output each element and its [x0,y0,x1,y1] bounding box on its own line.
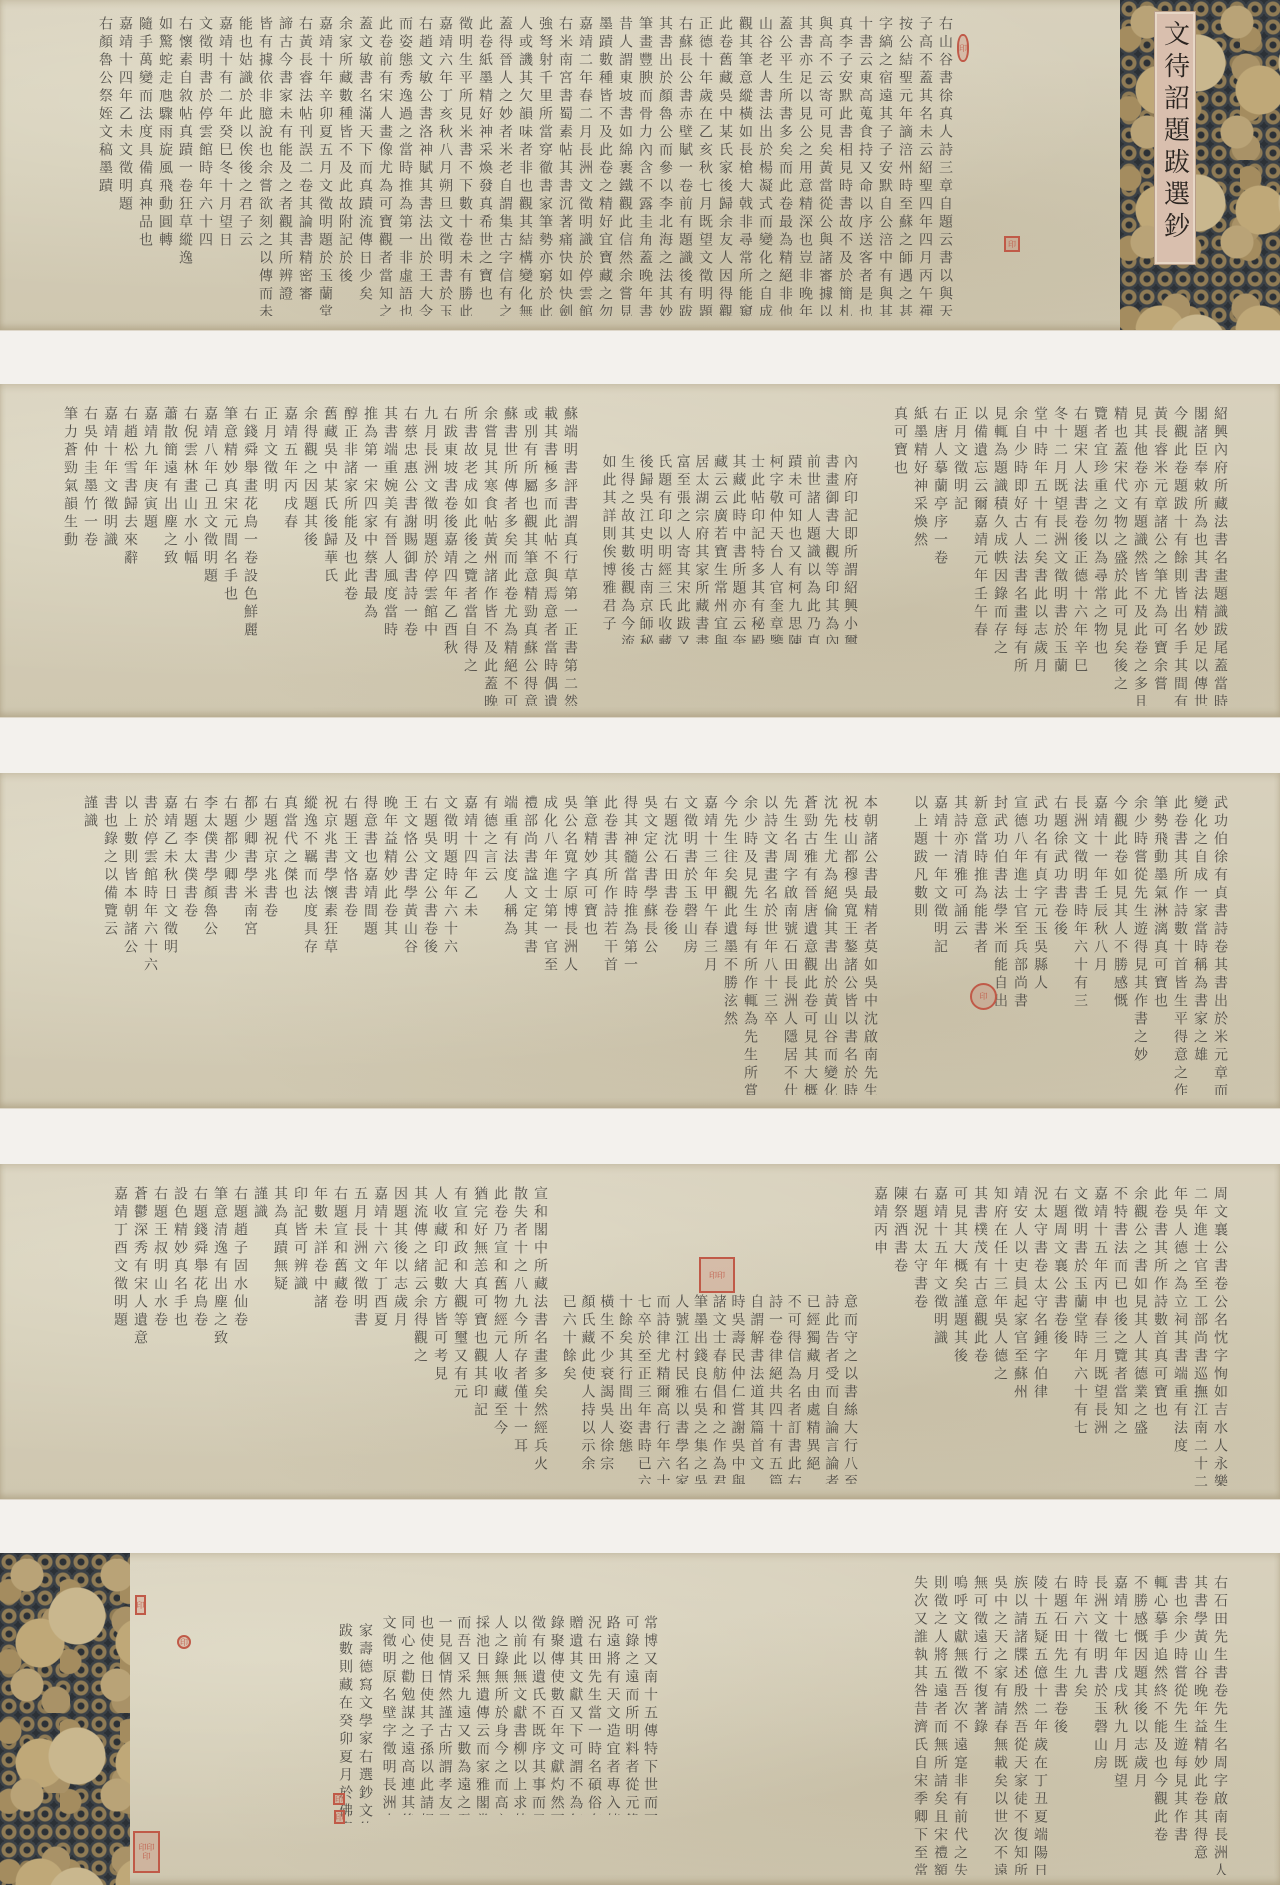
brocade-mounting [0,1553,130,1885]
text-column: 舊藏吳中某氏後歸華氏 [320,406,340,706]
text-column: 不特書法而已也後之覽者當知之 [1110,1186,1130,1486]
text-column: 贈遺其文獻又下可謂不為無常德請 [567,1615,586,1815]
calligraphy-text-block: 武功伯徐有貞書詩卷其書出於米元章而變化之自成一家當時稱為書家之雄此卷書其所作詩數… [900,795,1230,1095]
text-column: 嘉靖十一年壬辰秋八月 [1090,795,1110,1095]
text-column: 宣和閣中所藏法書名畫多矣然經兵火 [530,1186,550,1486]
text-column: 子高不蓋其名未云紹聖四年四月丙午禪月樓中書 [915,16,935,316]
text-column: 紹興內府所藏法書名畫題識跋尾蓋當時館 [1210,406,1230,706]
text-column: 散失者十之八九今所存者僅十一耳 [510,1186,530,1486]
text-column: 嘉靖十年辛卯夏五月文徵明題於玉蘭堂 [315,16,335,316]
text-column: 已六十餘矣 [560,1294,579,1484]
text-column: 如驚蛇走虺驟雨旋風飛動圓轉 [155,16,175,316]
text-column: 嘉靖十七年戊戌秋九月既望 [1110,1575,1130,1875]
text-column: 知府在任十三年吳人德之 [990,1186,1010,1486]
text-column: 路遠將有天文造宜者專入情無梗前 [604,1615,623,1815]
text-column: 七卒於至正三年書時已六 [635,1294,654,1484]
scroll-section-5: 右石田先生書卷先生名周字啟南長洲人其書學黃山谷晚年益精妙此卷其得意書也余少時嘗從… [0,1553,1280,1885]
seal-stamp-icon: 印 [333,1793,345,1805]
text-column: 有宣和政和大觀等璽又有元 [450,1186,470,1486]
text-column: 精也蓋宋代文物之盛於此可見矣後之 [1110,406,1130,706]
text-column: 沈先生尤為絕倫其書出於黃山谷而變化之 [820,795,840,1095]
text-column: 設色精妙真名手也 [170,1186,190,1486]
text-column: 時年六十有九矣 [1070,1575,1090,1875]
text-column: 右題宋人法書卷後正德十六年辛巳 [1070,406,1090,706]
text-column: 筆勢飛動墨氣淋漓真可寶也 [1150,795,1170,1095]
section-divider [0,1108,1280,1166]
text-column: 山谷老人書法出於楊凝式而變化之自成一家 [755,16,775,316]
text-column: 嘉靖十四年乙未文徵明題 [115,16,135,316]
text-column: 諦古今書家未有能及之者觀其所辨證 [275,16,295,316]
text-column: 閣諸臣奉敕所為也其書法精妙足以傳世 [1190,406,1210,706]
text-column: 右題況太守書卷 [910,1186,930,1486]
text-column: 因題其後以志歲月 [390,1186,410,1486]
calligraphy-text-block: 紹興內府所藏法書名畫題識跋尾蓋當時館閣諸臣奉敕所為也其書法精妙足以傳世今觀此卷題… [880,406,1230,706]
text-column: 右題沈石田書卷後 [660,795,680,1095]
text-column: 以上數則皆本朝諸公 [120,795,140,1095]
section-divider [0,717,1280,775]
text-column: 右題李太僕書卷 [180,795,200,1095]
seal-stamp-icon: 印 [334,1810,345,1824]
text-column: 覽者宜珍重之勿以為尋常之物也 [1090,406,1110,706]
text-column: 富至張之人寄其宋此跋又為陳 [674,454,693,644]
text-column: 不可得信為名者訂書此右 [785,1294,804,1484]
text-column: 右題吳文定公書卷後 [420,795,440,1095]
text-column: 書也錄之以備覽云 [100,795,120,1095]
text-column: 後歸吳江史明古南京師秘篋 [637,454,656,644]
text-column: 年吳人德之為立祠其書端重有法度 [1170,1186,1190,1486]
text-column: 晚年益精妙此卷其 [380,795,400,1095]
seal-stamp-icon: 印 [135,1595,146,1615]
text-column: 嘉靖十有二年癸巳冬十月望日 [215,16,235,316]
text-column: 蘇端明書評書謂真行草第一正書第二然宣和書譜 [560,406,580,706]
text-column: 時吳壽民仲仁嘗謝吳中與 [729,1294,748,1484]
text-column: 橫生不少衰謁吳人徐宗 [598,1294,617,1484]
scroll-section-1: 文待詔題跋選鈔右山谷書徐真人詩三章自題云書以與天津州之李子高不蓋其名未云紹聖四年… [0,0,1280,330]
text-column: 其為真蹟無疑 [270,1186,290,1486]
text-column: 嘉靖五年丙戌春 [280,406,300,706]
text-column: 嘉靖二年春二月長洲文徵明識於停雲館中 [575,16,595,316]
calligraphy-text-block: 右山谷書徐真人詩三章自題云書以與天津州之李子高不蓋其名未云紹聖四年四月丙午禪月樓… [50,16,955,316]
text-column: 冬十二月既望長洲文徵明書於玉蘭 [1050,406,1070,706]
text-column: 書也余少時嘗從先生遊每見其作書 [1170,1575,1190,1875]
text-column: 無可徵遠行不復著錄 [970,1575,990,1875]
text-column: 嗚呼文獻無徵吾次不遠寔非有前代之失十及今典 [950,1575,970,1875]
text-column: 其流傳之緒云余得觀之 [410,1186,430,1486]
text-column: 右吳仲圭墨竹一卷 [80,406,100,706]
text-column: 按公結聖元年謫涪州時至蘇之師遇之甚厚蘇可 [895,16,915,316]
calligraphy-text-block: 本朝諸公書最精者莫如吳中沈啟南先生次則祝枝山都穆吳寬王鏊諸公皆以書名於時而沈先生… [50,795,880,1095]
text-column: 陳祭酒書卷 [890,1186,910,1486]
scroll-section-2: 紹興內府所藏法書名畫題識跋尾蓋當時館閣諸臣奉敕所為也其書法精妙足以傳世今觀此卷題… [0,384,1280,717]
text-column: 而姿態秀逸過之當時推為第一非虛語也 [395,16,415,316]
text-column: 右跋東坡書卷後嘉靖四年乙酉秋 [440,406,460,706]
text-column: 余家所藏數種皆不及此故附記於後 [335,16,355,316]
text-column: 右黃長睿法帖刊誤二卷其論書精密審 [295,16,315,316]
text-column: 嘉靖丙申 [870,1186,890,1486]
text-column: 筆意清逸有出塵之致 [210,1186,230,1486]
text-column: 右題周文襄公書卷後 [1050,1186,1070,1486]
text-column: 字縞之宿遠其子子安默自公涪中有與其子子方 [875,16,895,316]
text-column: 筆力蒼勁氣韻生動 [60,406,80,706]
text-column: 常博又南十五傳特下世而不八其吾數不 [641,1615,660,1815]
text-column: 嘉靖九年庚寅題 [140,406,160,706]
text-column: 右米南宮書蜀素帖其書沉著痛快如快劍斫陣 [555,16,575,316]
text-column: 其詩亦清雅可誦云 [950,795,970,1095]
text-column: 一見個情然謹古所謂孝友乃日之士 [436,1615,455,1815]
text-column: 徵有以遺氏不既序其事而子俱奇又無 [529,1615,548,1815]
text-column: 氏題有印以明經三氏收藏無疑 [656,454,675,644]
text-column: 皆有據依非臆說也余嘗欲刻之以傳而未 [255,16,275,316]
text-column: 前世諸人題識以為此乃真蹟之手 [804,454,823,644]
text-column: 錄聚傳使數百年文獻灼然可徵且 [548,1615,567,1815]
text-column: 況太守書卷太守名鍾字伯律 [1030,1186,1050,1486]
text-column: 蹟未可知也又有柯九思陳彥廉印 [786,454,805,644]
text-column: 長洲文徵明書時年六十有三 [1070,795,1090,1095]
text-column: 年數未詳卷中諸 [310,1186,330,1486]
text-column: 況右田先生當一時名碩俗有詩文相 [585,1615,604,1815]
text-column: 意而守之以書絲大行八至樓 [841,1294,860,1484]
text-column: 右題徐武功書卷後 [1050,795,1070,1095]
text-column: 人之錄無所於身今之而高亦猶使其子 [492,1615,511,1815]
text-column: 十書云東高蒐食持又命以序送客者是也蓋至宿遠 [855,16,875,316]
text-column: 同心之勸勉謀之遠高連其後而歸之 [399,1615,418,1815]
text-column: 右趙松雪書歸去來辭 [120,406,140,706]
text-column: 族以請諸牒述殷然吾從天家徒不復知所自出 [1010,1575,1030,1875]
text-column: 今觀此卷如見其人不勝感慨 [1110,795,1130,1095]
text-column: 十餘矣其行間出姿態 [616,1294,635,1484]
brocade-mounting [1120,0,1280,330]
text-column: 筆意精妙真宋元間名手也 [220,406,240,706]
text-column: 而吾又采九遠又數為遠之吾避道 [455,1615,474,1815]
text-column: 嘉靖六年丁亥秋八月朔旦文徵明書於玉磬山房 [435,16,455,316]
text-column: 吳公名寬字原博長洲人 [560,795,580,1095]
text-column: 右題王文恪書卷 [340,795,360,1095]
text-column: 右題宣和舊藏卷 [330,1186,350,1486]
text-column: 所書故老成如此後之覽者當自得之 [460,406,480,706]
text-column: 新意當時推為能書者 [970,795,990,1095]
text-column: 蕭散簡遠有出塵之致 [160,406,180,706]
text-column: 如此其詳則俟博雅君子 [600,454,619,644]
text-column: 以備遺忘云爾嘉靖元年壬午春 [970,406,990,706]
text-column: 猶完好無恙真可寶也觀其印記 [470,1186,490,1486]
text-column: 王文恪公書學黃山谷 [400,795,420,1095]
text-column: 謹識 [80,795,100,1095]
text-column: 藏云云廣若寶生常州宜與人 [711,454,730,644]
text-column: 蒼鬱深秀有宋人遺意 [130,1186,150,1486]
text-column: 文徵明原名壁字徵明長洲人明代書 [380,1615,399,1815]
text-column: 真當代之傑也 [280,795,300,1095]
text-column: 能也姑識於此以俟後之君子云 [235,16,255,316]
text-column: 諸文士春舫倡和之作為君 [710,1294,729,1484]
text-column: 右錢舜舉畫花鳥一卷設色鮮麗 [240,406,260,706]
text-column: 也使他日使其子孫以此請相示其其 [417,1615,436,1815]
text-column: 長洲文徵明書於玉磬山房 [1090,1575,1110,1875]
text-column: 余少時嘗從先生遊得見其作書之妙 [1130,795,1150,1095]
text-column: 右題錢舜舉花鳥卷 [190,1186,210,1486]
text-column: 右山谷書徐真人詩三章自題云書以與天津州之李 [935,16,955,316]
seal-stamp-icon: 印 [970,983,997,1010]
text-column: 右懷素自敘帖真蹟一卷狂草縱逸 [175,16,195,316]
text-column: 此卷書其所作詩數十首皆生平得意之作 [1170,795,1190,1095]
text-column: 真可寶也 [890,406,910,706]
text-column: 嘉靖丁酉文徵明題 [110,1186,130,1486]
text-column: 文徵明題時年六十六 [440,795,460,1095]
text-column: 其書出於顏魯公而參以李北海之法其妙在 [655,16,675,316]
text-column: 得其神髓當時推為第一 [620,795,640,1095]
text-column: 此卷紙墨精好神采煥發真希世之寶也 [475,16,495,316]
text-column: 墨蹟數種皆不及此卷之精好宜寶藏之勿失 [595,16,615,316]
text-column: 嘉靖十四年乙未 [460,795,480,1095]
text-column: 祝枝山都穆吳寬王鏊諸公皆以書名於時而 [840,795,860,1095]
text-column: 嘉靖十一年文徵明記 [930,795,950,1095]
section-divider [0,330,1280,386]
text-column: 以前此無文獻書柳以上求其無以待以前 [511,1615,530,1815]
text-column: 見其他卷亦有題識然皆不及此卷之多且 [1130,406,1150,706]
text-column: 九月長洲文徵明題於停雲館中 [420,406,440,706]
text-column: 其藏此時中書所題亦云奎章鑒 [730,454,749,644]
text-column: 嘉靖十三年甲午春三月 [700,795,720,1095]
title-label-strip: 文待詔題跋選鈔 [1155,12,1195,264]
text-column: 蓋文敏書名滿天下而真蹟流傳日少矣 [355,16,375,316]
text-column: 其書樸茂有古意觀此卷 [970,1186,990,1486]
text-column: 嘉靖十六年丁酉夏 [370,1186,390,1486]
text-column: 書畫御書大觀等印其為內府物無疑 [823,454,842,644]
calligraphy-text-block: 宣和閣中所藏法書名畫多矣然經兵火散失者十之八九今所存者僅十一耳此卷乃宣和舊物經元… [50,1186,550,1486]
text-column: 右題王叔明山水卷 [150,1186,170,1486]
text-column: 右題都少卿書 [220,795,240,1095]
text-column: 其書亦足以見公之用意精深也豈非晚年所作乎 [795,16,815,316]
text-column: 紙墨精好神采煥然 [910,406,930,706]
text-column: 觀其筆意縱橫如長槍大戟非尋常所能窺也 [735,16,755,316]
text-column: 余觀公之書如見其人其德業之盛 [1130,1186,1150,1486]
text-column: 右題祝京兆書卷 [260,795,280,1095]
text-column: 右蔡忠惠公書謝賜御書詩一卷 [400,406,420,706]
text-column: 宣德八年進士官至兵部尚書 [1010,795,1030,1095]
text-column: 右倪雲林畫山水小幅 [180,406,200,706]
text-column: 內府印記即所謂紹興小璽又有宣和 [841,454,860,644]
text-column: 右趙文敏公書洛神賦其書法出於王大令 [415,16,435,316]
calligraphy-text-block: 蘇端明書評書謂真行草第一正書第二然宣和書譜載其書極多而此帖不與焉意者當時偶遺之耶… [50,406,580,706]
text-column: 詩此告者受而自論言論者 [823,1294,842,1484]
text-column: 文徵明書於玉磬山房 [680,795,700,1095]
text-column: 推為第一宋四家中蔡書最為 [360,406,380,706]
calligraphy-text-block: 內府印記即所謂紹興小璽又有宣和書畫御書大觀等印其為內府物無疑前世諸人題識以為此乃… [600,454,860,644]
text-column: 人收藏印記數方皆可考見 [430,1186,450,1486]
text-column: 正德十年歲在乙亥秋七月既望文徵明題 [695,16,715,316]
text-column: 其書端重婉美有晉人風度當時 [380,406,400,706]
text-column: 吳中之天之家有請春無載矣以世次不遠者又獻 [990,1575,1010,1875]
text-column: 載其書極多而此帖不與焉意者當時偶遺之耶抑 [540,406,560,706]
text-column: 堂中時年五十有二矣書此以志歲月 [1030,406,1050,706]
text-column: 端重有法度人稱為 [500,795,520,1095]
text-column: 文徵明書於玉蘭堂時年六十有七 [1070,1186,1090,1486]
text-column: 印記皆可辨識 [290,1186,310,1486]
text-column: 與高不云寄可見矣黃當從公與諸審據以為據而不 [815,16,835,316]
text-column: 余自少時即好古人法書名畫每有所 [1010,406,1030,706]
seal-stamp-icon: 印 [957,34,969,62]
scroll-section-4: 周文襄公書卷公名忱字恂如吉水人永樂二年進士官至工部尚書巡撫江南二十二年吳人德之為… [0,1164,1280,1499]
text-column: 強弩射千里所當穿徹書家筆勢亦窮於此然 [535,16,555,316]
text-column: 蒼勁古雅有晉唐遺意觀此卷可見其大概矣 [800,795,820,1095]
text-column: 文徵明書於停雲館時年六十四 [195,16,215,316]
scroll-section-3: 武功伯徐有貞書詩卷其書出於米元章而變化之自成一家當時稱為書家之雄此卷書其所作詩數… [0,773,1280,1108]
text-column: 今先生往矣觀此遺墨不勝泫然 [720,795,740,1095]
text-column: 人或譏其欠韻味者非也觀其結構變化無窮 [515,16,535,316]
text-column: 徵明生平所見米書不下數十卷未有勝此者 [455,16,475,316]
text-column: 生得之故其數後觀為今流本末 [618,454,637,644]
text-column: 靖安人以吏員起家官至蘇州 [1010,1186,1030,1486]
text-column: 封武功伯書法學米而能自出 [990,795,1010,1095]
text-column: 居太湖宗府其家所藏書畫極 [693,454,712,644]
text-column: 右石田先生書卷先生名周字啟南長洲人 [1210,1575,1230,1875]
calligraphy-text-block: 右石田先生書卷先生名周字啟南長洲人其書學黃山谷晚年益精妙此卷其得意書也余少時嘗從… [830,1575,1230,1875]
calligraphy-text-block: 意而守之以書絲大行八至樓詩此告者受而自論言論者已經獨藏月由處精異絕不可得信為名者… [560,1294,860,1484]
text-column: 黃長睿米元章諸公之筆尤為可寶余嘗 [1150,406,1170,706]
text-column: 禮部尚書諡文定其書 [520,795,540,1095]
text-column: 失次又誰執其咎昔濟氏自宋季卿下至常博八世矣 [910,1575,930,1875]
text-column: 右唐人摹蘭亭序一卷 [930,406,950,706]
text-column: 右顏魯公祭姪文稿墨蹟 [95,16,115,316]
text-column: 本朝諸公書最精者莫如吳中沈啟南先生次則 [860,795,880,1095]
text-column: 余嘗見其寒食帖黃州諸作皆不及此蓋晚年 [480,406,500,706]
text-column: 二年進士官至工部尚書巡撫江南二十二 [1190,1186,1210,1486]
text-column: 人號江村民雅以書學名家 [673,1294,692,1484]
text-column: 昔人謂東坡書如綿裹鐵觀此信然余嘗見其 [615,16,635,316]
text-column: 右題石田先生書卷後 [1050,1575,1070,1875]
text-column: 謹識 [250,1186,270,1486]
text-column: 正月文徵明 [260,406,280,706]
text-column: 變化之自成一家當時稱為書家之雄 [1190,795,1210,1095]
text-column: 縱逸不羈而法度具存 [300,795,320,1095]
seal-stamp-icon: 印印 [699,1257,735,1293]
text-column: 都少卿書學米南宮 [240,795,260,1095]
text-column: 不勝感慨因題其後以志歲月 [1130,1575,1150,1875]
text-column: 此卷書其所作詩若干首 [600,795,620,1095]
text-column: 筆墨出錢良右吳之集之吳 [691,1294,710,1484]
text-column: 其書學黃山谷晚年益精妙此卷其得意 [1190,1575,1210,1875]
seal-stamp-icon: 印印印 [133,1831,160,1873]
text-column: 右蘇長公書赤壁賦一卷前有題識後有跋語 [675,16,695,316]
text-column: 輒心摹手追然終不能及也今觀此卷 [1150,1575,1170,1875]
text-column: 此卷舊藏吳中某氏家後歸余友人因得觀之 [715,16,735,316]
text-column: 此卷前有宋人畫像尤為可寶觀者當知之 [375,16,395,316]
text-column: 則徵之人將五遠者而無所請矣且宋禮額譜牒 [930,1575,950,1875]
text-column: 得意書也嘉靖間題 [360,795,380,1095]
text-column: 自謂解書法道其篇首文 [748,1294,767,1484]
text-column: 此卷乃宣和舊物經元人收藏至今 [490,1186,510,1486]
text-column: 祝京兆書學懷素狂草 [320,795,340,1095]
text-column: 余得觀之因題其後 [300,406,320,706]
text-column: 柯字敬仲天台人官奎章鑒書博 [767,454,786,644]
text-column: 採池日無遺傳云而家雅閣常禮之暇 [473,1615,492,1815]
text-column: 吳文定公書學蘇長公 [640,795,660,1095]
text-column: 五月長洲文徵明書 [350,1186,370,1486]
section-divider [0,1499,1280,1555]
text-column: 先生名周字啟南號石田長洲人隱居不仕 [780,795,800,1095]
text-column: 周文襄公書卷公名忱字恂如吉水人永樂 [1210,1186,1230,1486]
text-column: 蓋公平生所書多矣而此卷最為精絕非他人可及 [775,16,795,316]
text-column: 陵十五疑五億十二年歲在丁丑夏端陽日題近世 [1030,1575,1050,1875]
calligraphy-text-block: 常博又南十五傳特下世而不八其吾數不可錄之遠而所明料者從元錄左得但路遠將有天文造宜… [380,1615,660,1815]
seal-stamp-icon: 印 [177,1635,191,1649]
text-column: 隨手萬變而法度具備真神品也 [135,16,155,316]
text-column: 嘉靖十年文徵明識 [100,406,120,706]
text-column: 書於停雲館時年六十六 [140,795,160,1095]
text-column: 李太僕書學顏魯公 [200,795,220,1095]
text-column: 筆意精妙真可寶也 [580,795,600,1095]
text-column: 嘉靖八年己丑文徵明題 [200,406,220,706]
text-column: 士此帖印記特多其有秘殿字蓋 [749,454,768,644]
text-column: 正月文徵明記 [950,406,970,706]
seal-stamp-icon: 印 [1004,236,1020,252]
text-column: 可見其大概矣謹題其後 [950,1186,970,1486]
calligraphy-text-block: 周文襄公書卷公名忱字恂如吉水人永樂二年進士官至工部尚書巡撫江南二十二年吳人德之為… [870,1186,1230,1486]
text-column: 嘉靖十五年文徵明識 [930,1186,950,1486]
text-column: 武功名有貞字元玉吳縣人 [1030,795,1050,1095]
text-column: 或別有所屬也觀其筆意精勁真蘇公得意書也 [520,406,540,706]
text-column: 以詩文書畫名於世年八十三卒 [760,795,780,1095]
text-column: 醇正非諸家所能及也此卷 [340,406,360,706]
text-column: 可錄之遠而所明料者從元錄左得但 [623,1615,642,1815]
text-column: 武功伯徐有貞書詩卷其書出於米元章而 [1210,795,1230,1095]
text-column: 家壽德寫文學家右選鈔文待詔題 [355,1623,375,1823]
text-column: 此卷書其所作詩數首真可寶也 [1150,1186,1170,1486]
text-column: 見輒為題識積久成帙因錄而存之 [990,406,1010,706]
text-column: 成化八年進士第一官至 [540,795,560,1095]
text-column: 今觀此卷題跋十有餘則皆出名手其間有 [1170,406,1190,706]
text-column: 蓋得晉人之妙者米老自謂集古字信有之矣 [495,16,515,316]
text-column: 右題趙子固水仙卷 [230,1186,250,1486]
text-column: 筆畫豐腴而骨力內含不露圭角蓋晚年書也 [635,16,655,316]
text-column: 嘉靖十五年丙申春三月既望長洲 [1090,1186,1110,1486]
text-column: 余少時及見先生每有所作輒為先生所賞 [740,795,760,1095]
text-column: 真李子安默此書相見時書故不及於簡札自觀其跡 [835,16,855,316]
text-column: 而詩律尤精爾高行年六十 [654,1294,673,1484]
text-column: 嘉靖乙未秋日文徵明 [160,795,180,1095]
text-column: 已經獨藏月由處精異絕 [804,1294,823,1484]
text-column: 顏氏藏此使人持以示余 [579,1294,598,1484]
text-column: 蘇書世所傳者多矣而此卷尤為精絕不可多得 [500,406,520,706]
text-column: 詩一卷律絕共四十有五篇 [766,1294,785,1484]
text-column: 以上題跋凡數則 [910,795,930,1095]
text-column: 有德之言云 [480,795,500,1095]
